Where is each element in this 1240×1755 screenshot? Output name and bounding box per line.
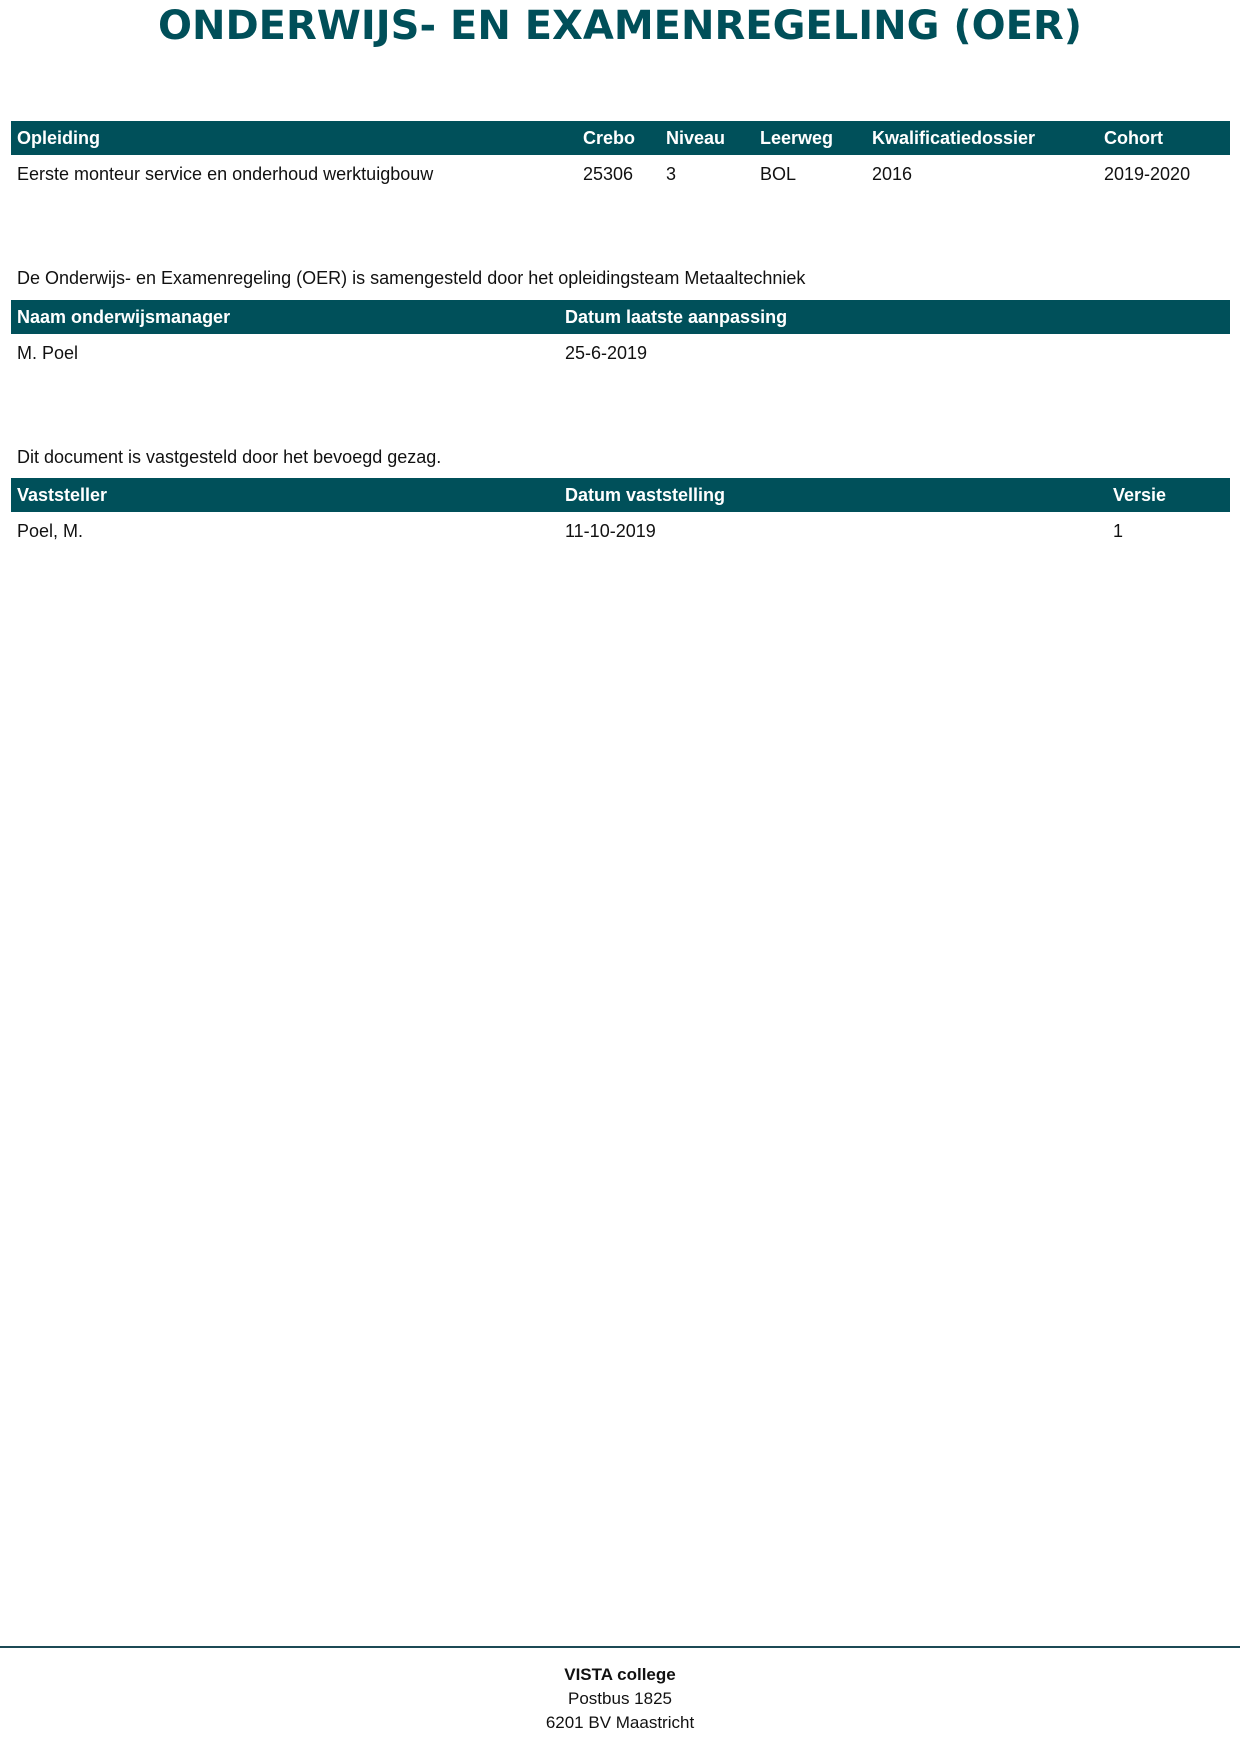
- footer-address-line1: Postbus 1825: [0, 1687, 1240, 1711]
- cell-versie: 1: [1107, 512, 1230, 550]
- footer: VISTA college Postbus 1825 6201 BV Maast…: [0, 1663, 1240, 1735]
- column-header-kwalificatiedossier: Kwalificatiedossier: [866, 121, 1098, 155]
- page-title: ONDERWIJS- EN EXAMENREGELING (OER): [0, 2, 1240, 50]
- column-header-crebo: Crebo: [577, 121, 660, 155]
- composition-statement: De Onderwijs- en Examenregeling (OER) is…: [17, 268, 805, 289]
- footer-address-line2: 6201 BV Maastricht: [0, 1711, 1240, 1735]
- footer-organization: VISTA college: [0, 1663, 1240, 1687]
- adoption-statement: Dit document is vastgesteld door het bev…: [17, 447, 441, 468]
- column-header-niveau: Niveau: [660, 121, 754, 155]
- column-header-cohort: Cohort: [1098, 121, 1230, 155]
- program-table: Opleiding Crebo Niveau Leerweg Kwalifica…: [11, 121, 1230, 193]
- table-row: Poel, M. 11-10-2019 1: [11, 512, 1230, 550]
- column-header-naam-onderwijsmanager: Naam onderwijsmanager: [11, 300, 559, 334]
- cell-opleiding: Eerste monteur service en onderhoud werk…: [11, 155, 577, 193]
- cell-datum-laatste-aanpassing: 25-6-2019: [559, 334, 1230, 372]
- adoption-table: Vaststeller Datum vaststelling Versie Po…: [11, 478, 1230, 550]
- column-header-datum-vaststelling: Datum vaststelling: [559, 478, 1107, 512]
- column-header-leerweg: Leerweg: [754, 121, 866, 155]
- cell-kwalificatiedossier: 2016: [866, 155, 1098, 193]
- cell-leerweg: BOL: [754, 155, 866, 193]
- cell-datum-vaststelling: 11-10-2019: [559, 512, 1107, 550]
- table-header-row: Vaststeller Datum vaststelling Versie: [11, 478, 1230, 512]
- cell-vaststeller: Poel, M.: [11, 512, 559, 550]
- footer-divider: [0, 1646, 1240, 1648]
- column-header-vaststeller: Vaststeller: [11, 478, 559, 512]
- table-row: Eerste monteur service en onderhoud werk…: [11, 155, 1230, 193]
- cell-naam-onderwijsmanager: M. Poel: [11, 334, 559, 372]
- table-row: M. Poel 25-6-2019: [11, 334, 1230, 372]
- column-header-datum-laatste-aanpassing: Datum laatste aanpassing: [559, 300, 1230, 334]
- cell-niveau: 3: [660, 155, 754, 193]
- composition-table: Naam onderwijsmanager Datum laatste aanp…: [11, 300, 1230, 372]
- column-header-opleiding: Opleiding: [11, 121, 577, 155]
- column-header-versie: Versie: [1107, 478, 1230, 512]
- cell-cohort: 2019-2020: [1098, 155, 1230, 193]
- cell-crebo: 25306: [577, 155, 660, 193]
- table-header-row: Opleiding Crebo Niveau Leerweg Kwalifica…: [11, 121, 1230, 155]
- table-header-row: Naam onderwijsmanager Datum laatste aanp…: [11, 300, 1230, 334]
